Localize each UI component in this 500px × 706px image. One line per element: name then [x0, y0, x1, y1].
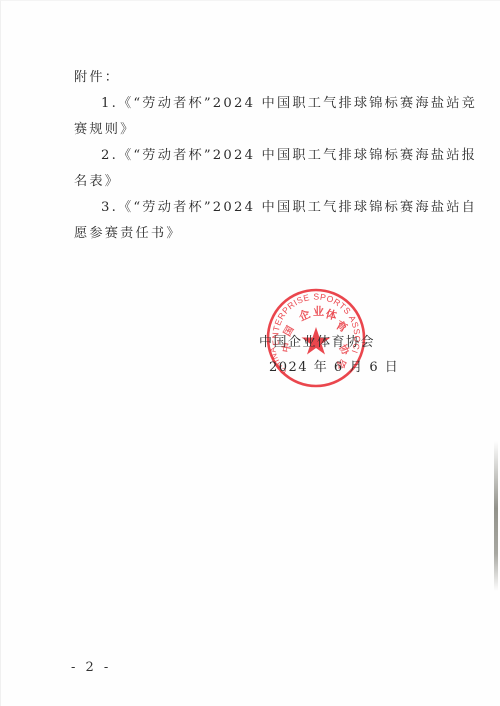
svg-text:体: 体 [324, 306, 338, 322]
signature-organization: 中国企业体育协会 [259, 331, 375, 350]
page-number: - 2 - [71, 660, 111, 675]
attachment-3-line-1: 3.《“劳动者杯”2024 中国职工气排球锦标赛海盐站自 [101, 200, 477, 216]
signature-date: 2024 年 6 月 6 日 [269, 356, 399, 375]
attachment-2-line-1: 2.《“劳动者杯”2024 中国职工气排球锦标赛海盐站报 [101, 148, 477, 164]
attachment-1-line-2: 赛规则》 [74, 122, 136, 138]
attachment-1-line-1: 1.《“劳动者杯”2024 中国职工气排球锦标赛海盐站竞 [101, 96, 477, 112]
document-page: 附件： 1.《“劳动者杯”2024 中国职工气排球锦标赛海盐站竞 赛规则》 2.… [0, 0, 500, 706]
attachment-3-line-2: 愿参赛责任书》 [74, 226, 182, 242]
attachment-2-line-2: 名表》 [74, 174, 120, 190]
svg-text:业: 业 [313, 304, 324, 318]
scan-edge-shadow [494, 441, 498, 591]
svg-text:企: 企 [296, 306, 312, 323]
attachments-heading: 附件： [74, 70, 120, 86]
